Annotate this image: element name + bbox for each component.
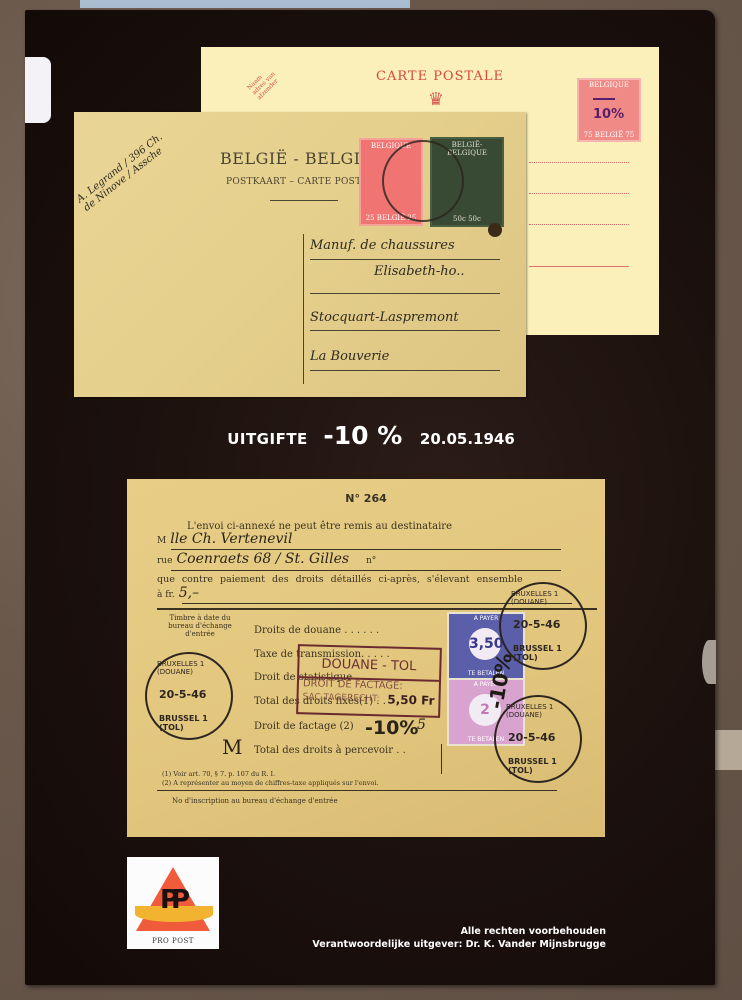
form-item: Total des droits à percevoir . . <box>254 745 406 756</box>
postmark-ring: BRUXELLES 1 (DOUANE) <box>506 703 580 719</box>
address-line: Stocquart-Laspremont <box>310 310 459 325</box>
postmark-ring: BRUXELLES 1 (DOUANE) <box>157 660 231 676</box>
handwritten-percent: -10% <box>365 717 418 739</box>
amount-row: à fr.5,– <box>157 585 199 601</box>
postmark-date: 20-5-46 <box>159 688 206 701</box>
headline-label: UITGIFTE <box>227 430 308 448</box>
footnote: (2) A représenter au moyen de chiffres-t… <box>162 779 379 787</box>
postmark: BRUXELLES 1 (DOUANE) 20-5-46 BRUSSEL 1 (… <box>145 652 233 740</box>
stamp-amount: 5,50 Fr <box>387 692 434 707</box>
payment-text: que contre paiement des droits détaillés… <box>157 574 523 585</box>
address-line: Elisabeth-ho.. <box>374 264 464 279</box>
background-strip <box>80 0 410 8</box>
punch-hole <box>488 223 502 237</box>
stamp-line: DOUANE - TOL <box>321 657 416 674</box>
street-row: rueCoenraets 68 / St. Gilles n° <box>157 551 376 567</box>
rule <box>310 293 500 294</box>
address-line: Manuf. de chaussures <box>310 238 455 253</box>
form-number: N° 264 <box>127 492 605 505</box>
credits: Alle rechten voorbehouden Verantwoordeli… <box>312 925 606 951</box>
cover-notch <box>702 640 716 684</box>
stamp-line: SAC TAGERECHT: <box>302 692 379 704</box>
stamp-line: DROIT DE FACTAGE: <box>303 678 403 692</box>
recipient-prefix: M <box>157 536 166 546</box>
rule <box>310 259 500 260</box>
publisher: Verantwoordelijke uitgever: Dr. K. Vande… <box>312 938 606 951</box>
handwritten-mark: 5 <box>417 717 426 733</box>
amount-value: 5,– <box>179 585 199 601</box>
date-stamp-label: Timbre à date du bureau d'échange d'entr… <box>160 614 240 638</box>
address-line <box>529 162 629 163</box>
amount-prefix: à fr. <box>157 590 175 600</box>
handwritten-initial: M <box>222 735 242 759</box>
street-suffix: n° <box>366 556 376 566</box>
logo-letters: PP <box>160 885 182 915</box>
footnote: (1) Voir art. 70, § 7. p. 107 du R. I. <box>162 770 275 778</box>
rule <box>171 549 561 550</box>
postkaart-card: A. Legrand / 396 Ch. de Ninove / Assche … <box>74 112 526 397</box>
headline-date: 20.05.1946 <box>420 430 515 448</box>
customs-form: N° 264 L'envoi ci-annexé ne peut être re… <box>127 479 605 837</box>
white-tab <box>25 57 51 123</box>
postmark-ring: BRUSSEL 1 (TOL) <box>508 757 580 775</box>
postmark: BRUXELLES 1 (DOUANE) 20-5-46 BRUSSEL 1 (… <box>494 695 582 783</box>
postmark-ring: BRUSSEL 1 (TOL) <box>513 644 585 662</box>
divider <box>303 234 304 384</box>
recipient-row: Mlle Ch. Vertenevil <box>157 531 292 547</box>
sender-label: Naam adres van afzender <box>246 66 282 102</box>
pro-post-logo: PP PRO POST <box>127 857 219 949</box>
postmark-date: 20-5-46 <box>513 618 560 631</box>
address-line <box>529 224 629 225</box>
postmark-ring: BRUSSEL 1 (TOL) <box>159 714 231 732</box>
postmark: BRUXELLES 1 (DOUANE) 20-5-46 BRUSSEL 1 (… <box>499 582 587 670</box>
sender-handwriting: A. Legrand / 396 Ch. de Ninove / Assche <box>75 129 223 276</box>
rule <box>171 570 561 571</box>
background-stripe <box>714 730 742 770</box>
inscription-label: No d'inscription au bureau d'échange d'e… <box>172 797 338 805</box>
rule <box>310 330 500 331</box>
street-prefix: rue <box>157 556 172 566</box>
overprint-bar <box>593 98 615 100</box>
card-title: CARTE POSTALE <box>376 69 504 84</box>
address-line <box>529 193 629 194</box>
form-item: Droits de douane . . . . . . <box>254 625 379 636</box>
recipient-name: lle Ch. Vertenevil <box>170 531 292 547</box>
divider <box>441 744 442 774</box>
street-name: Coenraets 68 / St. Gilles <box>176 551 349 567</box>
headline: UITGIFTE -10 % 20.05.1946 <box>0 421 742 450</box>
address-line: La Bouverie <box>310 349 389 364</box>
address-line <box>529 266 629 267</box>
rights-notice: Alle rechten voorbehouden <box>312 925 606 938</box>
rule <box>157 790 557 791</box>
crown-icon: ♛ <box>419 89 453 113</box>
divider <box>270 200 338 201</box>
postmark <box>382 140 464 222</box>
customs-box-stamp: DOUANE - TOL DROIT DE FACTAGE: SAC TAGER… <box>296 644 442 718</box>
headline-percent: -10 % <box>323 421 402 450</box>
logo-text: PRO POST <box>127 937 219 945</box>
overprint-text: 10% <box>593 107 624 122</box>
postmark-ring: BRUXELLES 1 (DOUANE) <box>511 590 585 606</box>
card-subtitle: POSTKAART – CARTE POSTALE <box>226 177 381 187</box>
postmark-date: 20-5-46 <box>508 731 555 744</box>
imprinted-stamp: BELGIQUE 10% 75 BELGIË 75 <box>577 78 641 142</box>
form-item: Droit de factage (2) <box>254 721 354 732</box>
rule <box>310 370 500 371</box>
